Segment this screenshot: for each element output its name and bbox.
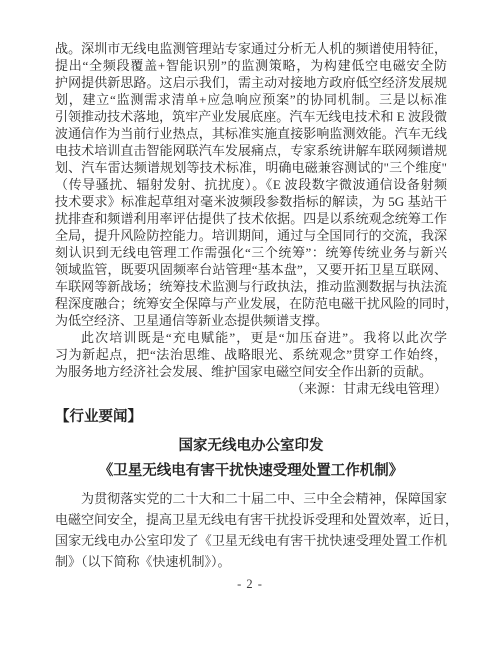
- body-text-line: 电技术培训直击智能网联汽车发展痛点，专家系统讲解车联网频谱规: [55, 142, 447, 159]
- body-text-line: 划，建立“监测需求清单+应急响应预案”的协同机制。三是以标准: [55, 91, 447, 108]
- body-text-line: 车联网等新战场；统筹技术监测与行政执法，推动监测数据与执法流: [55, 278, 447, 295]
- body-text-line: 程深度融合；统筹安全保障与产业发展，在防范电磁干扰风险的同时，: [55, 295, 447, 312]
- body-text-line: 引领推动技术落地，筑牢产业发展底座。汽车无线电技术和 E 波段微: [55, 108, 447, 125]
- body-text-line: 国家无线电办公室印发了《卫星无线电有害干扰快速受理处置工作机: [55, 530, 447, 551]
- body-text-line: 战。深圳市无线电监测管理站专家通过分析无人机的频谱使用特征，: [55, 40, 447, 57]
- body-text-line: 习为新起点，把“法治思维、战略眼光、系统观念”贯穿工作始终，: [55, 346, 447, 363]
- body-text-line: 为贯彻落实党的二十大和二十届二中、三中全会精神，保障国家: [55, 488, 447, 509]
- article-subtitle: 《卫星无线电有害干扰快速受理处置工作机制》: [55, 462, 447, 480]
- body-text-line: 技术要求》标准起草组对毫米波频段参数指标的解读，为 5G 基站干: [55, 193, 447, 210]
- body-text-line: 划、汽车雷达频谱规划等技术标准，明确电磁兼容测试的"三个维度": [55, 159, 447, 176]
- article-title: 国家无线电办公室印发: [55, 437, 447, 455]
- body-text-line: 护网提供新思路。这启示我们，需主动对接地方政府低空经济发展规: [55, 74, 447, 91]
- document-body: 战。深圳市无线电监测管理站专家通过分析无人机的频谱使用特征， 提出“全频段覆盖+…: [55, 40, 447, 572]
- body-text-line: （传导骚扰、辐射发射、抗扰度）。《E 波段数字微波通信设备射频: [55, 176, 447, 193]
- body-text-line: 此次培训既是“充电赋能”，更是“加压奋进”。我将以此次学: [55, 329, 447, 346]
- body-text-line: 刻认识到无线电管理工作需强化“三个统筹”：统筹传统业务与新兴: [55, 244, 447, 261]
- body-text-line: 提出“全频段覆盖+智能识别”的监测策略，为构建低空电磁安全防: [55, 57, 447, 74]
- page-number: - 2 -: [0, 577, 500, 592]
- source-attribution: （来源：甘肃无线电管理）: [55, 380, 447, 397]
- body-text-line: 为服务地方经济社会发展、维护国家电磁空间安全作出新的贡献。: [55, 363, 447, 380]
- section-header-industry-news: 【行业要闻】: [55, 408, 447, 426]
- body-text-line: 制》（以下简称《快速机制》）。: [55, 551, 447, 572]
- body-text-line: 为低空经济、卫星通信等新业态提供频谱支撑。: [55, 312, 447, 329]
- body-text-line: 电磁空间安全，提高卫星无线电有害干扰投诉受理和处置效率，近日，: [55, 509, 447, 530]
- body-text-line: 领域监管，既要巩固频率台站管理“基本盘”，又要开拓卫星互联网、: [55, 261, 447, 278]
- document-page: 战。深圳市无线电监测管理站专家通过分析无人机的频谱使用特征， 提出“全频段覆盖+…: [0, 0, 500, 647]
- body-text-line: 全局，提升风险防控能力。培训期间，通过与全国同行的交流，我深: [55, 227, 447, 244]
- body-text-line: 波通信作为当前行业热点，其标准实施直接影响监测效能。汽车无线: [55, 125, 447, 142]
- body-text-line: 扰排查和频谱利用率评估提供了技术依据。四是以系统观念统筹工作: [55, 210, 447, 227]
